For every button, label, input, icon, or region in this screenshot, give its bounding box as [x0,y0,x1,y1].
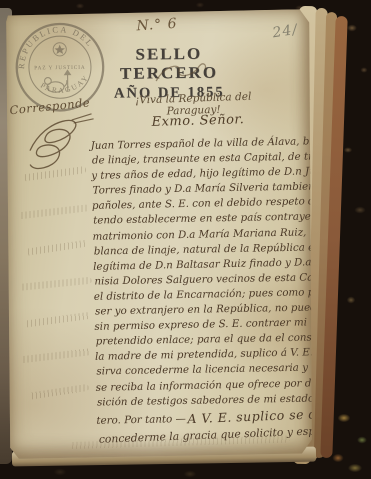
seal-star-icon [55,45,65,55]
bleed-through [25,240,87,256]
body-line: tero. Por tanto — [96,413,186,427]
salutation: Exmo. Señor. [151,112,244,130]
manuscript-page: 24/ N.° 6 REPUBLICA DEL PARAGUAY PAZ Y J… [4,9,315,459]
bleed-through [29,384,89,400]
doc-number: N.° 6 [136,16,178,35]
bleed-through [19,204,89,219]
bleed-through [19,277,91,291]
book-cover: 24/ N.° 6 REPUBLICA DEL PARAGUAY PAZ Y J… [0,0,371,479]
bleed-through [24,312,90,328]
petition-body: Juan Torres español de la villa de Álava… [91,134,339,444]
seal-band-text: PAZ Y JUSTICIA [34,65,85,72]
bleed-through [20,348,90,363]
ink-flourish [153,60,209,87]
folio-number: 24/ [271,22,299,42]
